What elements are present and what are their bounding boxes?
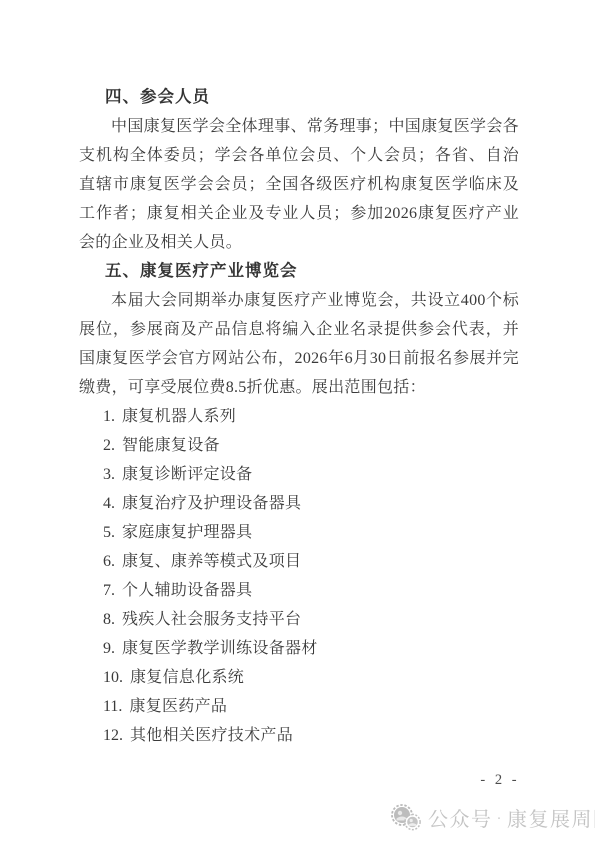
paragraph-line: 支机构全体委员；学会各单位会员、个人会员；各省、自治区、 <box>79 141 519 170</box>
list-item-label: 家庭康复护理器具 <box>122 524 252 541</box>
page-number: - 2 - <box>466 772 534 789</box>
list-item: 4.康复治疗及护理设备器具 <box>79 489 519 518</box>
list-item-number: 9. <box>103 634 115 663</box>
list-item-number: 4. <box>103 489 115 518</box>
list-item: 1.康复机器人系列 <box>79 402 519 431</box>
list-item: 12.其他相关医疗技术产品 <box>79 721 519 750</box>
document-page: 四、参会人员 中国康复医学会全体理事、常务理事；中国康复医学会各分 支机构全体委… <box>0 0 595 842</box>
paragraph-line: 直辖市康复医学会会员；全国各级医疗机构康复医学临床及科技 <box>79 170 519 199</box>
section-heading-expo: 五、康复医疗产业博览会 <box>79 257 519 286</box>
list-item: 8.残疾人社会服务支持平台 <box>79 605 519 634</box>
list-item-number: 5. <box>103 518 115 547</box>
list-item: 10.康复信息化系统 <box>79 663 519 692</box>
list-item-label: 康复机器人系列 <box>122 408 236 425</box>
list-item-label: 个人辅助设备器具 <box>122 582 252 599</box>
watermark-name: 康复展周刚 <box>507 803 595 832</box>
list-item-label: 康复治疗及护理设备器具 <box>122 495 301 512</box>
list-item-number: 7. <box>103 576 115 605</box>
list-item-number: 6. <box>103 547 115 576</box>
list-item-label: 智能康复设备 <box>122 437 220 454</box>
list-item-label: 康复诊断评定设备 <box>122 466 252 483</box>
list-item: 9.康复医学教学训练设备器材 <box>79 634 519 663</box>
list-item-label: 其他相关医疗技术产品 <box>130 727 293 744</box>
paragraph-line: 展位，参展商及产品信息将编入企业名录提供参会代表，并在中 <box>79 315 519 344</box>
list-item-number: 10. <box>103 663 123 692</box>
list-item-number: 2. <box>103 431 115 460</box>
list-item: 11.康复医药产品 <box>79 692 519 721</box>
list-item-number: 8. <box>103 605 115 634</box>
list-item-number: 12. <box>103 721 123 750</box>
watermark-label: 公众号 <box>428 803 493 832</box>
list-item: 2.智能康复设备 <box>79 431 519 460</box>
wechat-official-account-icon <box>391 804 421 831</box>
paragraph-line: 中国康复医学会全体理事、常务理事；中国康复医学会各分 <box>79 112 519 141</box>
list-item-number: 11. <box>103 692 122 721</box>
list-item: 6.康复、康养等模式及项目 <box>79 547 519 576</box>
list-item-number: 3. <box>103 460 115 489</box>
text-block: 四、参会人员 中国康复医学会全体理事、常务理事；中国康复医学会各分 支机构全体委… <box>79 83 519 750</box>
watermark-separator: · <box>497 809 504 826</box>
list-item: 7.个人辅助设备器具 <box>79 576 519 605</box>
list-item-label: 康复医学教学训练设备器材 <box>122 640 318 657</box>
list-item: 5.家庭康复护理器具 <box>79 518 519 547</box>
list-item-label: 康复医药产品 <box>129 698 227 715</box>
paragraph-line: 工作者；康复相关企业及专业人员；参加2026康复医疗产业博览 <box>79 199 519 228</box>
paragraph-line: 国康复医学会官方网站公布，2026年6月30日前报名参展并完成 <box>79 344 519 373</box>
list-item-number: 1. <box>103 402 115 431</box>
list-item-label: 残疾人社会服务支持平台 <box>122 611 301 628</box>
wechat-watermark: 公众号 · 康复展周刚 <box>391 803 595 832</box>
list-item-label: 康复、康养等模式及项目 <box>122 553 301 570</box>
list-item: 3.康复诊断评定设备 <box>79 460 519 489</box>
section-heading-attendees: 四、参会人员 <box>79 83 519 112</box>
paragraph-line: 本届大会同期举办康复医疗产业博览会，共设立400个标准 <box>79 286 519 315</box>
paragraph-line: 缴费，可享受展位费8.5折优惠。展出范围包括： <box>79 373 519 402</box>
list-item-label: 康复信息化系统 <box>130 669 244 686</box>
paragraph-line: 会的企业及相关人员。 <box>79 228 519 257</box>
